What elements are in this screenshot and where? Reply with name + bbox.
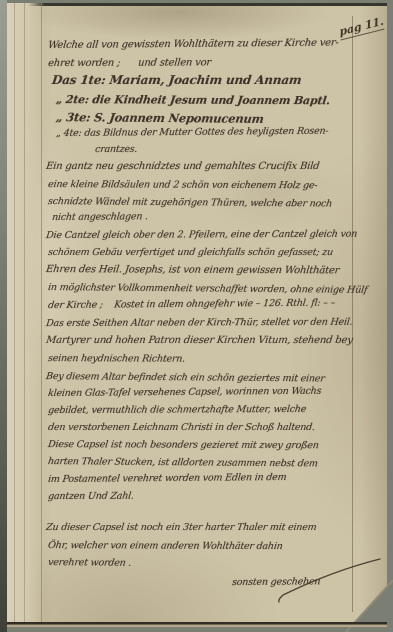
manuscript-scan: pag 11. Welche all von gewissten Wohlthä… [0,0,393,632]
pen-flourish [279,559,380,602]
scan-overlay [0,0,393,632]
page-bottom-edge [7,622,387,627]
